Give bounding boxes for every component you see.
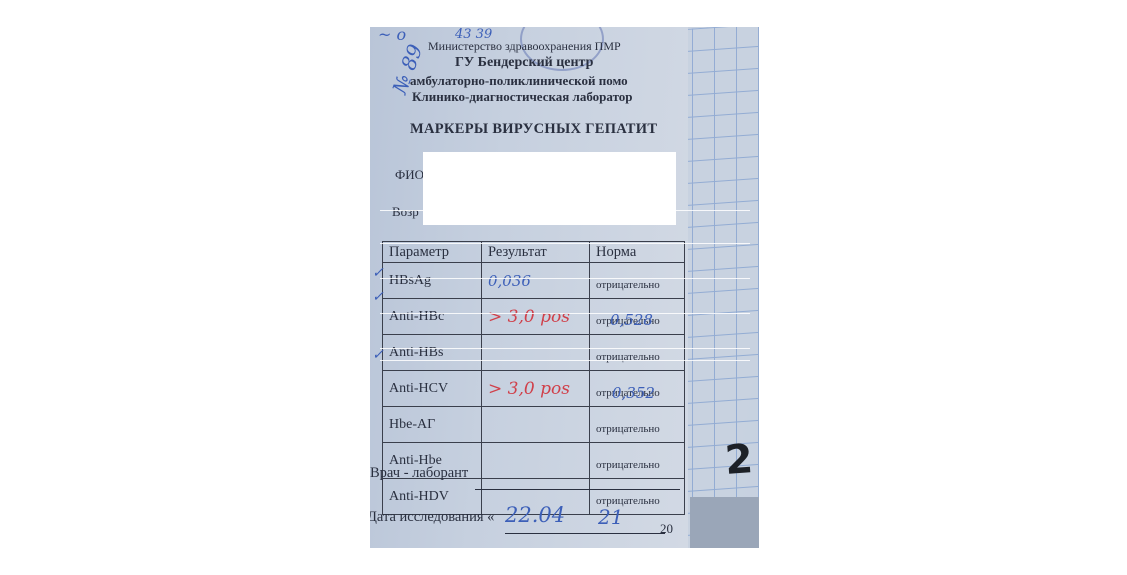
table-row: Anti-HBc > 3,0 pos отрицательно0,528 [383,299,685,335]
norm-cell: отрицательно [590,407,685,443]
grid-paper-shadow [690,497,759,548]
scan-artifact-line [380,313,750,314]
column-header-parameter: Параметр [383,242,482,263]
table-row: Hbe-АГ отрицательно [383,407,685,443]
norm-cell: отрицательно [590,263,685,299]
table-row: HBsAg 0,036 отрицательно [383,263,685,299]
date-label: Дата исследования « [370,509,494,526]
norm-cell: отрицательно0,528 [590,299,685,335]
norm-cell: отрицательно0,352 [590,371,685,407]
table-row: Anti-HCV > 3,0 pos отрицательно0,352 [383,371,685,407]
printed-year: 20 [660,521,673,537]
result-cell: 0,036 [482,263,590,299]
result-cell [482,407,590,443]
scan-artifact-line [380,360,750,361]
norm-cell: отрицательно [590,443,685,479]
header-clinic: амбулаторно-поликлинической помо [410,73,728,89]
parameter-cell: Anti-HBc [383,299,482,335]
result-cell: > 3,0 pos [482,371,590,407]
header-ministry: Министерство здравоохранения ПМР [428,39,648,54]
handwritten-date: 22.04 [505,503,565,527]
scan-artifact-line [380,278,750,279]
handwritten-side-number: 2 [723,436,754,484]
doctor-label: Врач - лаборант [370,465,468,482]
handwritten-year: 21 [598,505,623,529]
result-cell [482,443,590,479]
table-row: Anti-HBs отрицательно [383,335,685,371]
scan-artifact-line [380,243,750,244]
parameter-cell: Anti-HCV [383,371,482,407]
check-mark-icon: ✓ [372,289,384,305]
norm-cell: отрицательно [590,335,685,371]
scan-artifact-line [380,210,750,211]
redacted-personal-info [423,152,676,225]
header-lab: Клинико-диагностическая лаборатор [412,89,730,105]
table-header-row: Параметр Результат Норма [383,242,685,263]
date-line [505,533,665,534]
document-photo: ~ о 43 39 № 89 Министерство здравоохране… [370,27,759,548]
document-title: МАРКЕРЫ ВИРУСНЫХ ГЕПАТИТ [410,121,657,138]
scan-artifact-line [380,348,750,349]
result-cell [482,335,590,371]
parameter-cell: HBsAg [383,263,482,299]
result-cell: > 3,0 pos [482,299,590,335]
lab-report-sheet: ~ о 43 39 № 89 Министерство здравоохране… [370,27,688,548]
parameter-cell: Hbe-АГ [383,407,482,443]
parameter-cell: Anti-HBs [383,335,482,371]
handwritten-scribble: ~ о [378,27,406,44]
column-header-norm: Норма [590,242,685,263]
column-header-result: Результат [482,242,590,263]
handwritten-note: 0,352 [612,384,655,402]
signature-line [475,489,680,490]
fio-label: ФИО [395,167,424,183]
age-label: Возр [392,204,419,220]
